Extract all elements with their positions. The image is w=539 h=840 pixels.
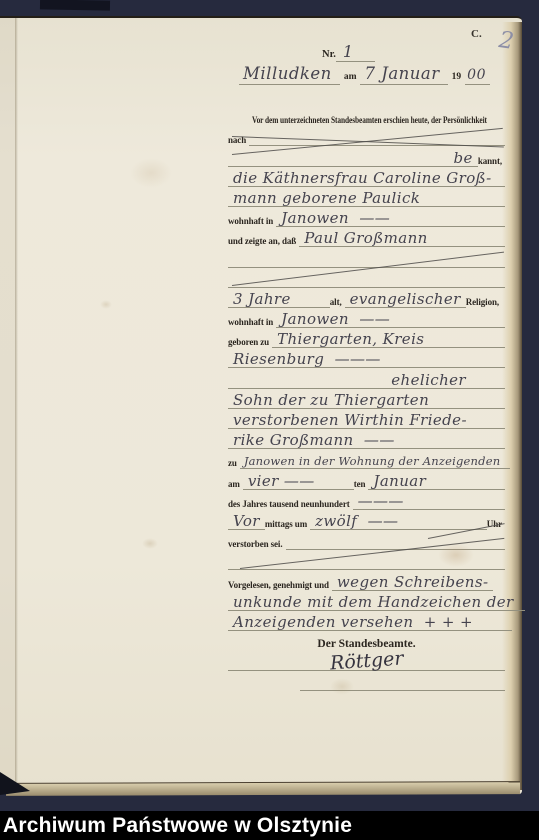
printed-form-text: alt,: [330, 297, 345, 308]
handwritten-entry: Thiergarten, Kreis: [272, 331, 429, 348]
ruled-blank: [504, 468, 510, 469]
form-line: rike Großmann ——: [228, 429, 505, 449]
printed-form-text: Vorgelesen, genehmigt und: [228, 580, 332, 591]
handwritten-entry: zwölf ——: [310, 513, 403, 530]
page-fore-edge: [502, 22, 522, 790]
form-line: Der Standesbeamte.: [228, 631, 505, 651]
section-letter: C.: [471, 28, 482, 40]
handwritten-entry: evangelischer: [345, 291, 466, 308]
pencil-page-number: 2: [497, 27, 515, 55]
printed-form-text: kannt,: [478, 156, 505, 167]
printed-form-text: geboren zu: [228, 337, 272, 348]
facing-page-sliver: [0, 18, 15, 794]
archive-footer-bar: Archiwum Państwowe w Olsztynie: [0, 811, 539, 840]
form-line: die Käthnersfrau Caroline Groß-: [228, 167, 505, 187]
form-line: ehelicher: [228, 368, 505, 388]
handwritten-entry: ———: [353, 493, 409, 510]
printed-form-text: zu: [228, 458, 240, 469]
place-handwritten: Milludken: [239, 64, 340, 85]
handwritten-entry: Januar: [368, 473, 431, 490]
book-spine-shadow: [40, 0, 110, 11]
handwritten-entry: wegen Schreibens-: [332, 574, 494, 591]
form-line: Sohn der zu Thiergarten: [228, 389, 505, 409]
handwritten-entry: Sohn der zu Thiergarten: [228, 392, 434, 409]
form-line: nach: [228, 126, 505, 146]
printed-form-text: Vor dem unterzeichneten Standesbeamten e…: [252, 115, 489, 126]
scanned-register-photo: C. 2 Nr. 1 Milludken am 7 Januar 19 00 V…: [0, 0, 539, 840]
form-line: verstorben sei.: [228, 530, 505, 550]
handwritten-entry: die Käthnersfrau Caroline Groß-: [228, 170, 497, 187]
printed-form-text: des Jahres tausend neunhundert: [228, 499, 353, 510]
handwritten-entry: verstorbenen Wirthin Friede-: [228, 412, 472, 429]
handwritten-entry: Janowen ——: [276, 311, 395, 328]
printed-form-text: Religion,: [466, 297, 502, 308]
form-line: und zeigte an, daßPaul Großmann: [228, 227, 505, 247]
handwritten-entry: Anzeigenden versehen + + +: [228, 614, 478, 631]
printed-form-text: wohnhaft in: [228, 216, 276, 227]
page-bottom-edge: [6, 781, 520, 796]
handwritten-entry: ehelicher: [386, 372, 471, 389]
form-line: 3 Jahrealt,evangelischerReligion,: [228, 288, 505, 308]
form-line: wohnhaft inJanowen ——: [228, 308, 505, 328]
form-line: des Jahres tausend neunhundert———: [228, 490, 505, 510]
printed-form-text: ten: [354, 479, 369, 490]
form-line: geboren zuThiergarten, Kreis: [228, 328, 505, 348]
handwritten-entry: mann geborene Paulick: [228, 190, 425, 207]
form-line: verstorbenen Wirthin Friede-: [228, 409, 505, 429]
nr-label: Nr.: [322, 49, 336, 60]
printed-form-text: wohnhaft in: [228, 317, 276, 328]
death-record-form: Vor dem unterzeichneten Standesbeamten e…: [228, 106, 505, 691]
form-line: Röttger: [228, 651, 505, 671]
form-line: Vorgelesen, genehmigt undwegen Schreiben…: [228, 570, 505, 590]
year-handwritten: 00: [465, 67, 490, 85]
handwritten-entry: rike Großmann ——: [228, 432, 400, 449]
handwritten-entry: Janowen ——: [276, 210, 395, 227]
form-line: Anzeigenden versehen + + +: [228, 611, 505, 631]
form-line: amvier ——tenJanuar: [228, 469, 505, 489]
handwritten-entry: 3 Jahre: [228, 291, 296, 308]
handwritten-entry: be: [449, 150, 478, 167]
form-line: mann geborene Paulick: [228, 187, 505, 207]
ruled-blank: [519, 610, 525, 611]
handwritten-entry-small: Janowen in der Wohnung der Anzeigenden: [240, 455, 505, 469]
am-label: am: [340, 72, 361, 82]
form-line: Vor dem unterzeichneten Standesbeamten e…: [228, 106, 505, 126]
handwritten-entry: Vor: [228, 513, 265, 530]
ruled-blank: [300, 690, 505, 691]
form-line: Riesenburg ———: [228, 348, 505, 368]
printed-form-text: und zeigte an, daß: [228, 236, 299, 247]
printed-form-text: am: [228, 479, 243, 490]
handwritten-entry: Riesenburg ———: [228, 351, 386, 368]
form-line: zuJanowen in der Wohnung der Anzeigenden: [228, 449, 505, 469]
handwritten-entry: Paul Großmann: [299, 230, 432, 247]
handwritten-entry: vier ——: [243, 473, 320, 490]
year-printed: 19: [448, 72, 466, 82]
form-line: [228, 268, 505, 288]
archive-name-label: Archiwum Państwowe w Olsztynie: [0, 811, 539, 840]
official-signature: Röttger: [322, 652, 412, 671]
handwritten-entry: unkunde mit dem Handzeichen der: [228, 594, 519, 611]
form-line: wohnhaft inJanowen ——: [228, 207, 505, 227]
dateline: Milludken am 7 Januar 19 00: [239, 64, 490, 85]
form-line: [228, 671, 505, 691]
form-line: Vormittags umzwölf ——Uhr: [228, 510, 505, 530]
nr-value-handwritten: 1: [336, 42, 375, 62]
date-handwritten: 7 Januar: [360, 64, 447, 85]
printed-form-text: verstorben sei.: [228, 539, 286, 550]
form-line: unkunde mit dem Handzeichen der: [228, 591, 505, 611]
record-number: Nr. 1: [322, 42, 375, 62]
binding-seam: [15, 18, 18, 794]
printed-form-text: mittags um: [265, 519, 310, 530]
